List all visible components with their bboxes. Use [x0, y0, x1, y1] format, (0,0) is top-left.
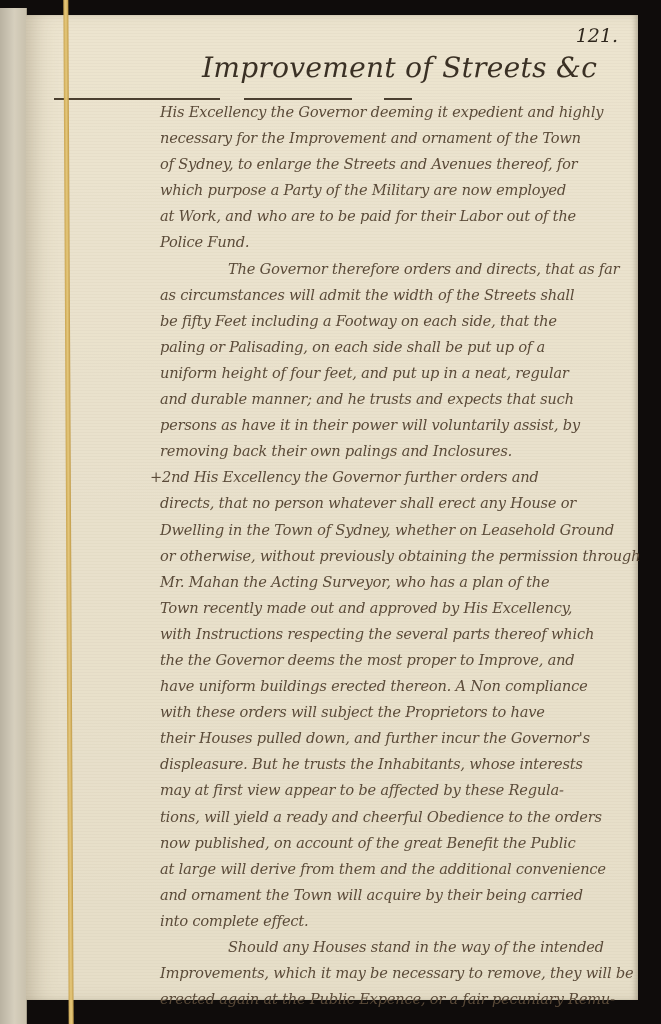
text-line: of Sydney, to enlarge the Streets and Av…: [160, 152, 616, 178]
text-line: have uniform buildings erected thereon. …: [160, 674, 616, 700]
text-line: at Work, and who are to be paid for thei…: [160, 204, 616, 230]
text-line: with Instructions respecting the several…: [160, 622, 616, 648]
page-title: Improvement of Streets &c: [202, 51, 542, 84]
text-line: Improvements, which it may be necessary …: [160, 961, 616, 987]
manuscript-body: His Excellency the Governor deeming it e…: [160, 100, 616, 1013]
text-line: as circumstances will admit the width of…: [160, 283, 616, 309]
text-line-section-2: +2nd His Excellency the Governor further…: [150, 465, 616, 491]
text-line: His Excellency the Governor deeming it e…: [160, 100, 616, 126]
text-line: into complete effect.: [160, 909, 616, 935]
text-line: or otherwise, without previously obtaini…: [160, 544, 616, 570]
facing-page-edge: [0, 8, 27, 1024]
text-line: and ornament the Town will acquire by th…: [160, 883, 616, 909]
text-line: erected again at the Public Expence, or …: [160, 987, 616, 1013]
text-line: Police Fund.: [160, 230, 616, 256]
text-line: The Governor therefore orders and direct…: [160, 257, 616, 283]
text-line: persons as have it in their power will v…: [160, 413, 616, 439]
text-line: Mr. Mahan the Acting Surveyor, who has a…: [160, 570, 616, 596]
text-line: which purpose a Party of the Military ar…: [160, 178, 616, 204]
text-line: uniform height of four feet, and put up …: [160, 361, 616, 387]
text-line: now published, on account of the great B…: [160, 831, 616, 857]
page-number: 121.: [576, 25, 618, 47]
text-line: the the Governor deems the most proper t…: [160, 648, 616, 674]
text-line: may at first view appear to be affected …: [160, 778, 616, 804]
text-line: their Houses pulled down, and further in…: [160, 726, 616, 752]
text-line: displeasure. But he trusts the Inhabitan…: [160, 752, 616, 778]
text-line: tions, will yield a ready and cheerful O…: [160, 805, 616, 831]
text-line: and durable manner; and he trusts and ex…: [160, 387, 616, 413]
text-line: at large will derive from them and the a…: [160, 857, 616, 883]
text-line: be fifty Feet including a Footway on eac…: [160, 309, 616, 335]
text-line: paling or Palisading, on each side shall…: [160, 335, 616, 361]
text-line: Should any Houses stand in the way of th…: [160, 935, 616, 961]
text-line: removing back their own palings and Incl…: [160, 439, 616, 465]
text-line: directs, that no person whatever shall e…: [160, 491, 616, 517]
text-line: necessary for the Improvement and orname…: [160, 126, 616, 152]
text-line: Town recently made out and approved by H…: [160, 596, 616, 622]
text-line: Dwelling in the Town of Sydney, whether …: [160, 518, 616, 544]
text-line: with these orders will subject the Propr…: [160, 700, 616, 726]
